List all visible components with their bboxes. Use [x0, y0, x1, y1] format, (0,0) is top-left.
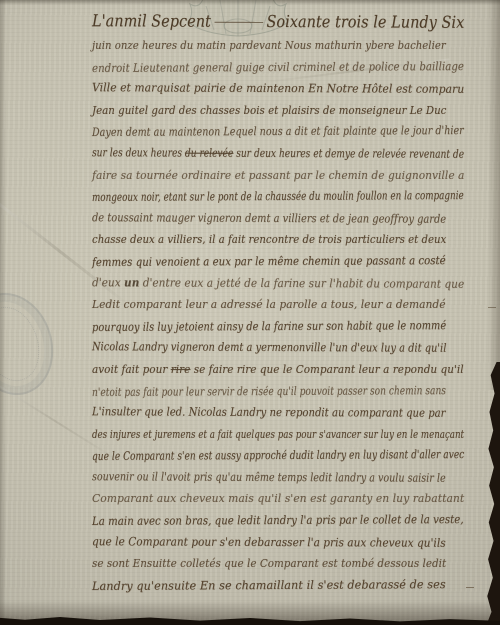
- manuscript-line: L'insulter que led. Nicolas Landry ne re…: [92, 404, 464, 427]
- text-segment: de toussaint mauger vigneron demt a vill…: [92, 210, 446, 226]
- manuscript-line-text: faire sa tournée ordinaire et passant pa…: [92, 168, 464, 182]
- manuscript-line: faire sa tournée ordinaire et passant pa…: [92, 168, 464, 190]
- text-segment: que le Comparant s'en est aussy approché…: [92, 447, 464, 463]
- text-segment: sur deux heures et demye de relevée reve…: [233, 146, 464, 161]
- manuscript-line-text: Nicolas Landry vigneron demt a yermenonv…: [92, 340, 446, 356]
- manuscript-line-text: La main avec son bras, que ledit landry …: [92, 512, 464, 528]
- text-segment: faire sa tournée ordinaire et passant pa…: [92, 168, 464, 182]
- manuscript-line: femmes qui venoient a eux par le même ch…: [92, 253, 464, 277]
- manuscript-line-text: Ville et marquisat pairie de maintenon E…: [92, 80, 464, 96]
- manuscript-line-text: de toussaint mauger vigneron demt a vill…: [92, 210, 446, 226]
- manuscript-line-text: Landry qu'ensuite En se chamaillant il s…: [92, 577, 446, 593]
- inserted-word: un: [124, 275, 139, 289]
- text-segment: Soixante trois le Lundy Six: [266, 12, 464, 32]
- text-segment: d'eux: [92, 275, 124, 289]
- text-segment: Nicolas Landry vigneron demt a yermenonv…: [92, 340, 446, 356]
- text-segment: La main avec son bras, que ledit landry …: [92, 512, 464, 528]
- manuscript-line: que le Comparant pour s'en debarasser l'…: [92, 534, 464, 557]
- text-segment: juin onze heures du matin pardevant Nous…: [92, 38, 446, 52]
- manuscript-line: endroit Lieutenant general guige civil c…: [92, 59, 464, 83]
- manuscript-line: Nicolas Landry vigneron demt a yermenonv…: [92, 340, 464, 363]
- manuscript-line-text: des injures et juremens et a fait quelqu…: [92, 427, 464, 441]
- manuscript-line-text: Dayen demt au maintenon Lequel nous a di…: [92, 123, 464, 139]
- text-segment: Comparant aux cheveux mais qu'il s'en es…: [92, 491, 464, 505]
- text-segment: pourquoy ils luy jetoient ainsy de la fa…: [92, 318, 446, 334]
- text-segment: Ville et marquisat pairie de maintenon E…: [92, 80, 464, 96]
- manuscript-line-text: que le Comparant s'en est aussy approché…: [92, 447, 464, 463]
- inline-dash-rule: [214, 22, 263, 23]
- manuscript-line-text: d'eux un d'entre eux a jetté de la farin…: [92, 275, 464, 291]
- manuscript-line: mongeoux noir, etant sur le pont de la c…: [92, 188, 464, 212]
- manuscript-line-text: Ledit comparant leur a adressé la paroll…: [92, 297, 446, 311]
- manuscript-line: juin onze heures du matin pardevant Nous…: [92, 38, 464, 60]
- text-segment: sur les deux heures: [92, 145, 185, 159]
- text-segment: femmes qui venoient a eux par le même ch…: [92, 253, 446, 269]
- manuscript-line: Comparant aux cheveux mais qu'il s'en es…: [92, 491, 464, 513]
- manuscript-line-text: juin onze heures du matin pardevant Nous…: [92, 38, 446, 52]
- text-segment: Dayen demt au maintenon Lequel nous a di…: [92, 123, 464, 139]
- manuscript-line-text: que le Comparant pour s'en debarasser l'…: [92, 534, 446, 550]
- manuscript-line-text: Comparant aux cheveux mais qu'il s'en es…: [92, 491, 464, 505]
- text-segment: mongeoux noir, etant sur le pont de la c…: [92, 188, 464, 204]
- manuscript-line: Landry qu'ensuite En se chamaillant il s…: [92, 577, 464, 601]
- manuscript-line-text: souvenir ou il l'avoit pris qu'au même t…: [92, 469, 446, 485]
- text-segment: d'entre eux a jetté de la farine sur l'h…: [139, 275, 464, 290]
- paper-edge-right-shade: [488, 0, 500, 390]
- text-segment: se sont Ensuitte colletés que le Compara…: [92, 556, 446, 570]
- manuscript-line-text: n'etoit pas fait pour leur servir de ris…: [92, 383, 446, 399]
- manuscript-line-text: pourquoy ils luy jetoient ainsy de la fa…: [92, 318, 446, 334]
- manuscript-line-text: Jean guitel gard des chasses bois et pla…: [92, 103, 446, 117]
- struck-word: rire: [171, 362, 191, 376]
- text-segment: n'etoit pas fait pour leur servir de ris…: [92, 383, 446, 399]
- text-segment: chasse deux a villiers, il a fait rencon…: [92, 232, 446, 246]
- text-segment: avoit fait pour: [92, 362, 171, 376]
- text-segment: Jean guitel gard des chasses bois et pla…: [92, 103, 446, 117]
- manuscript-line-text: sur les deux heures du relevée sur deux …: [92, 145, 464, 161]
- manuscript-line: avoit fait pour rire se faire rire que l…: [92, 362, 464, 384]
- text-segment: Landry qu'ensuite En se chamaillant il s…: [92, 577, 446, 593]
- manuscript-line-text: avoit fait pour rire se faire rire que l…: [92, 362, 464, 376]
- manuscript-line-text: L'anmil SepcentSoixante trois le Lundy S…: [92, 11, 464, 32]
- manuscript-line: souvenir ou il l'avoit pris qu'au même t…: [92, 469, 464, 492]
- text-segment: L'insulter que led. Nicolas Landry ne re…: [92, 404, 446, 420]
- text-segment: endroit Lieutenant general guige civil c…: [92, 59, 464, 75]
- manuscript-line-text: endroit Lieutenant general guige civil c…: [92, 59, 464, 75]
- manuscript-line: pourquoy ils luy jetoient ainsy de la fa…: [92, 318, 464, 342]
- text-segment: Ledit comparant leur a adressé la paroll…: [92, 297, 446, 311]
- struck-word: du relevée: [185, 146, 233, 160]
- paper-edge-left: [0, 0, 6, 625]
- text-segment: que le Comparant pour s'en debarasser l'…: [92, 534, 446, 550]
- manuscript-line: Dayen demt au maintenon Lequel nous a di…: [92, 123, 464, 147]
- manuscript-line: de toussaint mauger vigneron demt a vill…: [92, 210, 464, 233]
- manuscript-line: se sont Ensuitte colletés que le Compara…: [92, 556, 464, 578]
- manuscript-line: Jean guitel gard des chasses bois et pla…: [92, 103, 464, 125]
- manuscript-line: Ledit comparant leur a adressé la paroll…: [92, 297, 464, 319]
- text-segment: des injures et juremens et a fait quelqu…: [92, 427, 464, 441]
- manuscript-lines: L'anmil SepcentSoixante trois le Lundy S…: [92, 12, 464, 599]
- manuscript-line: n'etoit pas fait pour leur servir de ris…: [92, 383, 464, 407]
- manuscript-line: Ville et marquisat pairie de maintenon E…: [92, 80, 464, 103]
- text-segment: se faire rire que le Comparant leur a re…: [190, 362, 463, 376]
- text-segment: souvenir ou il l'avoit pris qu'au même t…: [92, 469, 446, 485]
- line-filler-dash: [465, 587, 473, 588]
- manuscript-line: chasse deux a villiers, il a fait rencon…: [92, 232, 464, 254]
- paper-edge-top: [0, 0, 500, 5]
- text-segment: L'anmil Sepcent: [92, 11, 211, 31]
- manuscript-line: sur les deux heures du relevée sur deux …: [92, 145, 464, 168]
- manuscript-line-text: femmes qui venoient a eux par le même ch…: [92, 253, 446, 269]
- manuscript-line: La main avec son bras, que ledit landry …: [92, 512, 464, 536]
- manuscript-line: que le Comparant s'en est aussy approché…: [92, 447, 464, 471]
- manuscript-line-text: chasse deux a villiers, il a fait rencon…: [92, 232, 446, 246]
- manuscript-line-text: L'insulter que led. Nicolas Landry ne re…: [92, 404, 446, 420]
- manuscript-line: des injures et juremens et a fait quelqu…: [92, 427, 464, 449]
- manuscript-line: L'anmil SepcentSoixante trois le Lundy S…: [92, 11, 464, 39]
- manuscript-line-text: se sont Ensuitte colletés que le Compara…: [92, 556, 446, 570]
- manuscript-line: d'eux un d'entre eux a jetté de la farin…: [92, 275, 464, 298]
- manuscript-line-text: mongeoux noir, etant sur le pont de la c…: [92, 188, 464, 204]
- manuscript-photo: L'anmil SepcentSoixante trois le Lundy S…: [0, 0, 500, 625]
